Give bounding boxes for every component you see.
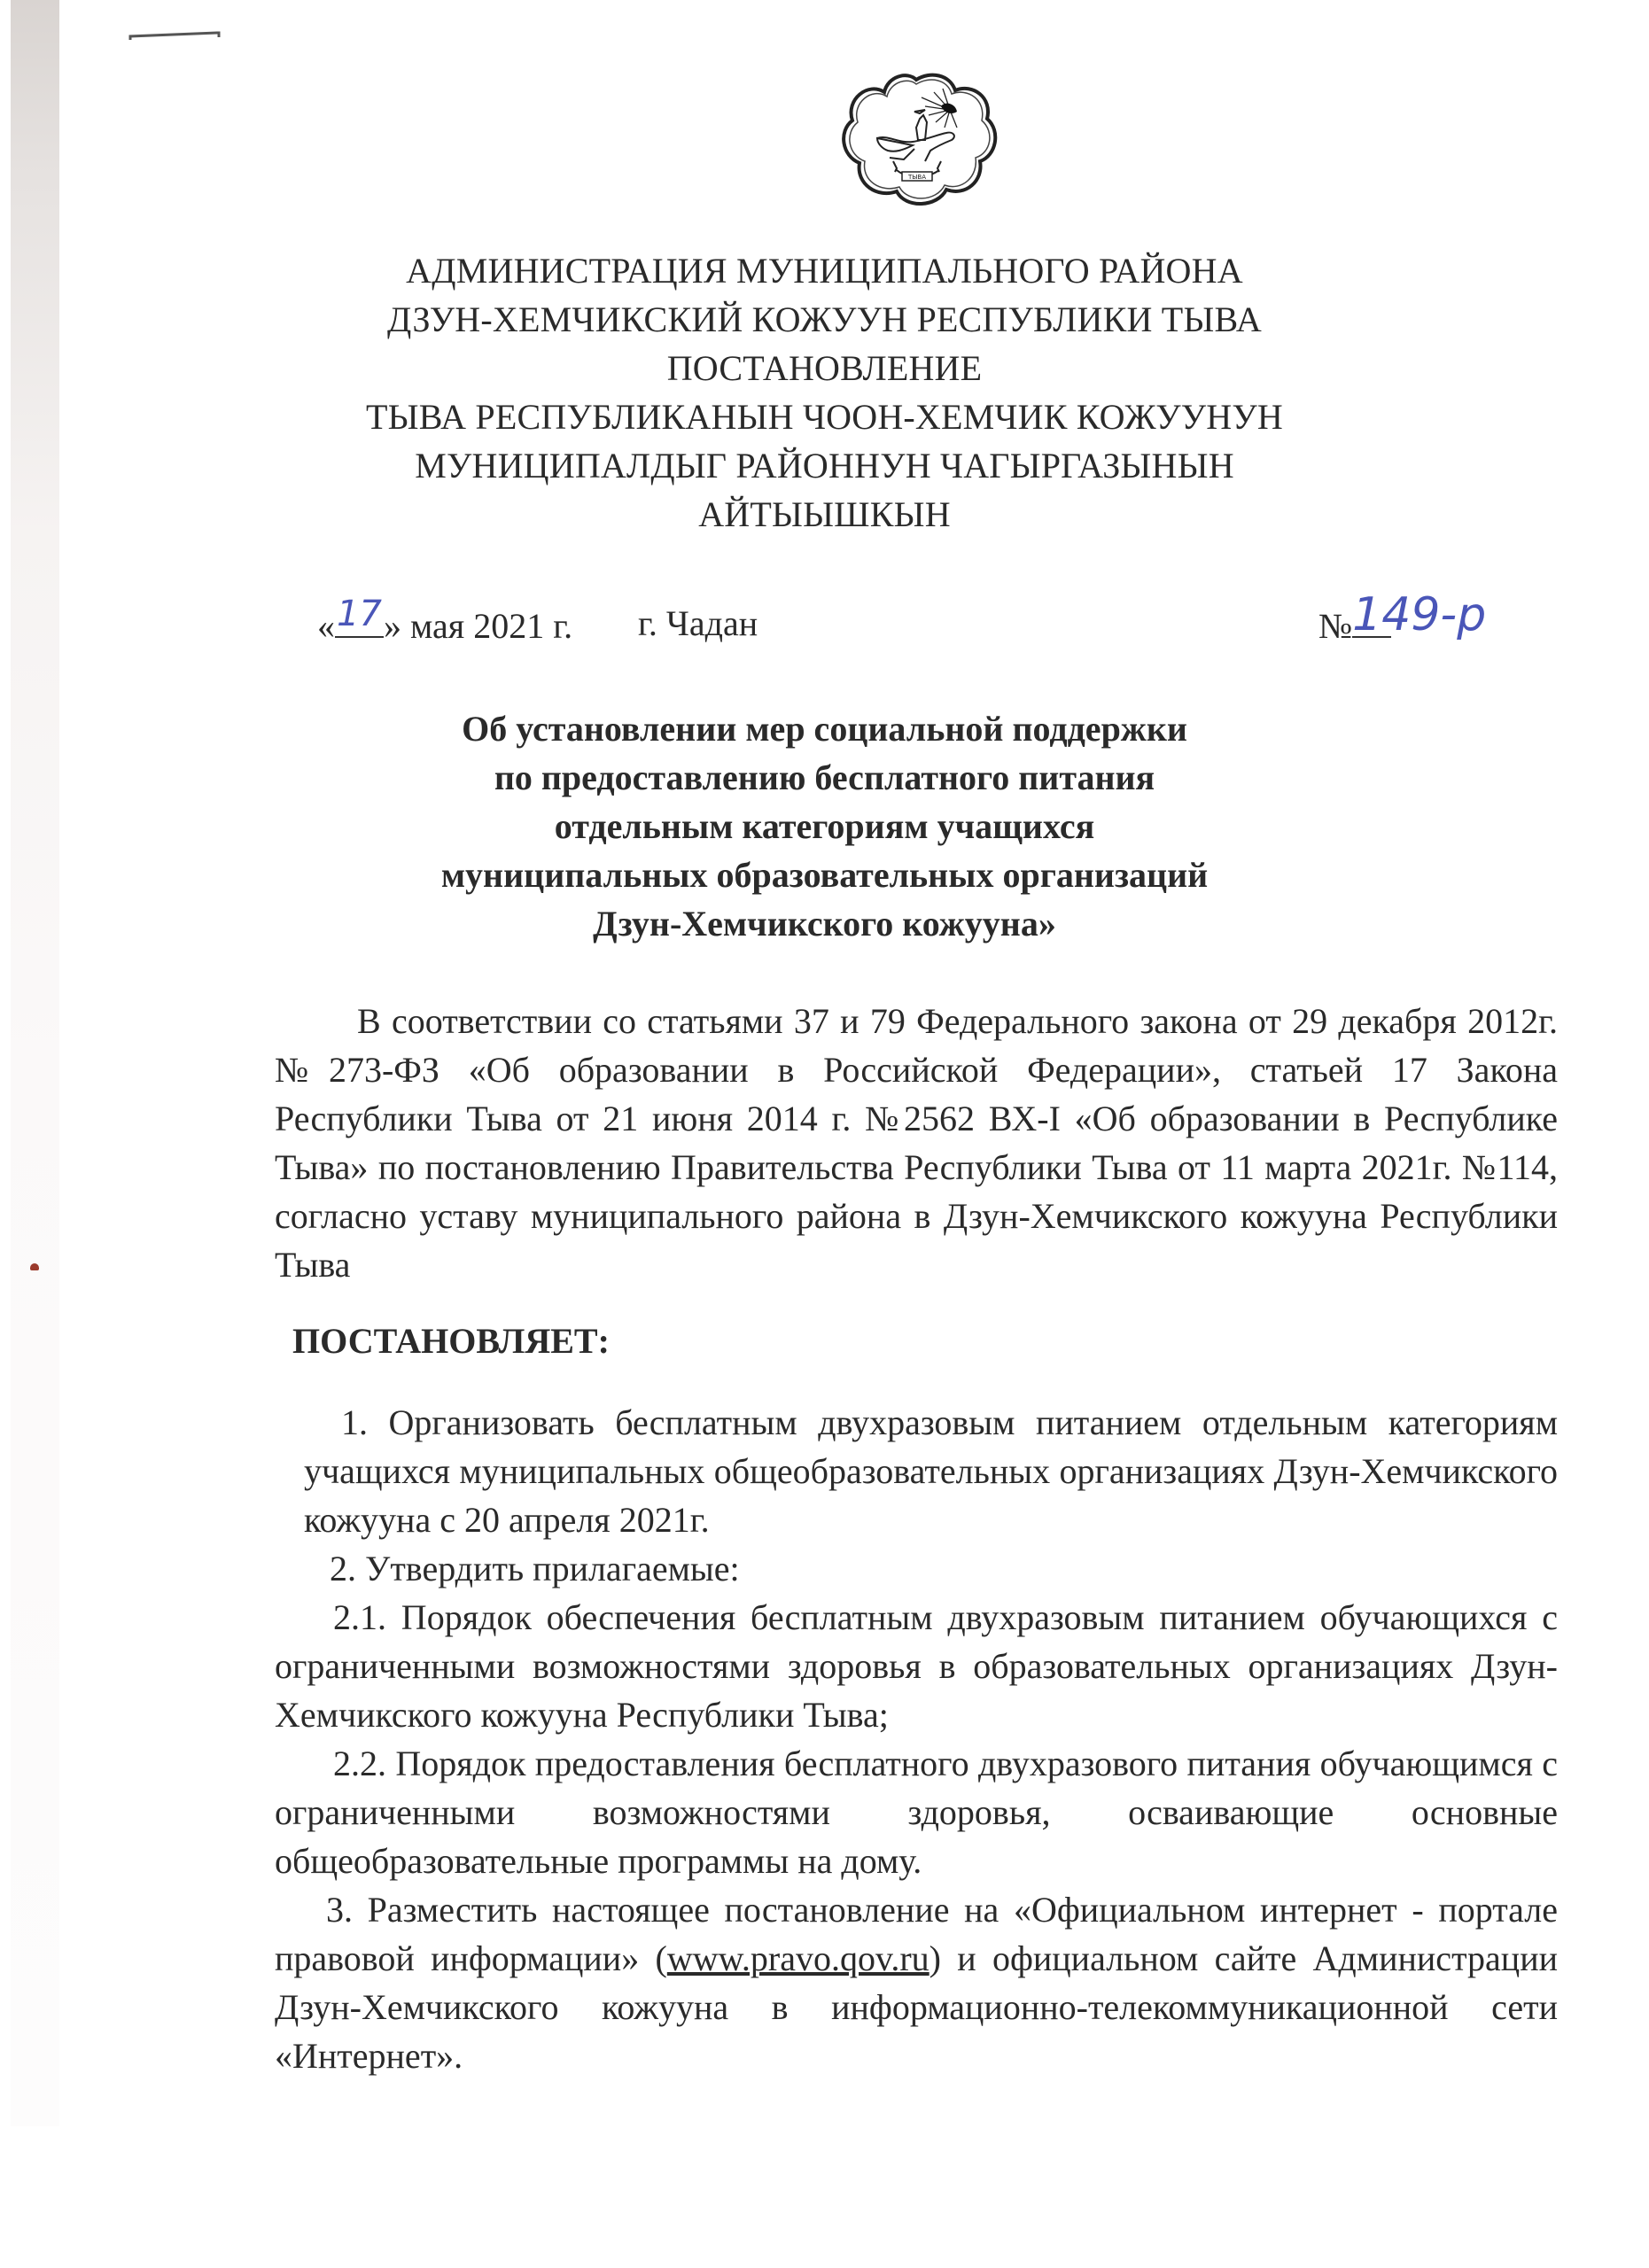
header-line: ДЗУН-ХЕМЧИКСКИЙ КОЖУУН РЕСПУБЛИКИ ТЫВА [266,295,1383,344]
tyva-coat-of-arms-icon: ТЫВА [833,69,1000,211]
scanner-edge-strip [11,0,59,2126]
resolution-item-2: 2. Утвердить прилагаемые: [330,1544,1558,1593]
document-header: АДМИНИСТРАЦИЯ МУНИЦИПАЛЬНОГО РАЙОНА ДЗУН… [266,246,1383,539]
header-line: АДМИНИСТРАЦИЯ МУНИЦИПАЛЬНОГО РАЙОНА [266,246,1383,295]
resolution-item-2-1: 2.1. Порядок обеспечения бесплатным двух… [275,1593,1558,1739]
emblem-ribbon-text: ТЫВА [907,174,926,181]
title-line: по предоставлению бесплатного питания [266,753,1383,802]
header-line: АЙТЫЫШКЫН [266,490,1383,539]
resolution-item-1: 1. Организовать бесплатным двухразовым п… [304,1398,1558,1544]
day-blank: 17 [335,602,384,638]
document-title: Об установлении мер социальной поддержки… [266,704,1383,948]
staple-icon [128,31,222,42]
document-city: г. Чадан [638,602,758,644]
title-line: Об установлении мер социальной поддержки [266,704,1383,753]
number-blank: 149-р [1352,602,1391,638]
preamble-paragraph: В соответствии со статьями 37 и 79 Федер… [275,997,1558,1289]
document-date: «17» мая 2021 г. [317,602,572,647]
title-line: Дзун-Хемчикского кожууна» [266,899,1383,948]
header-line: ПОСТАНОВЛЕНИЕ [266,344,1383,392]
resolution-item-2-2: 2.2. Порядок предоставления бесплатного … [275,1739,1558,1885]
pravo-portal-link[interactable]: www.pravo.qov.ru [667,1938,930,1978]
handwritten-number: 149-р [1352,588,1486,641]
header-line: ТЫВА РЕСПУБЛИКАНЫН ЧООН-ХЕМЧИК КОЖУУНУН [266,392,1383,441]
header-line: МУНИЦИПАЛДЫГ РАЙОННУН ЧАГЫРГАЗЫНЫН [266,441,1383,490]
handwritten-day: 17 [335,594,384,634]
date-line: «17» мая 2021 г. г. Чадан №149-р [0,602,1649,656]
title-line: отдельным категориям учащихся [266,802,1383,850]
title-line: муниципальных образовательных организаци… [266,850,1383,899]
resolves-heading: ПОСТАНОВЛЯЕТ: [292,1320,610,1362]
ink-spot [30,1263,39,1270]
resolution-item-3: 3. Разместить настоящее постановление на… [275,1885,1558,2080]
document-number: №149-р [1318,602,1391,647]
